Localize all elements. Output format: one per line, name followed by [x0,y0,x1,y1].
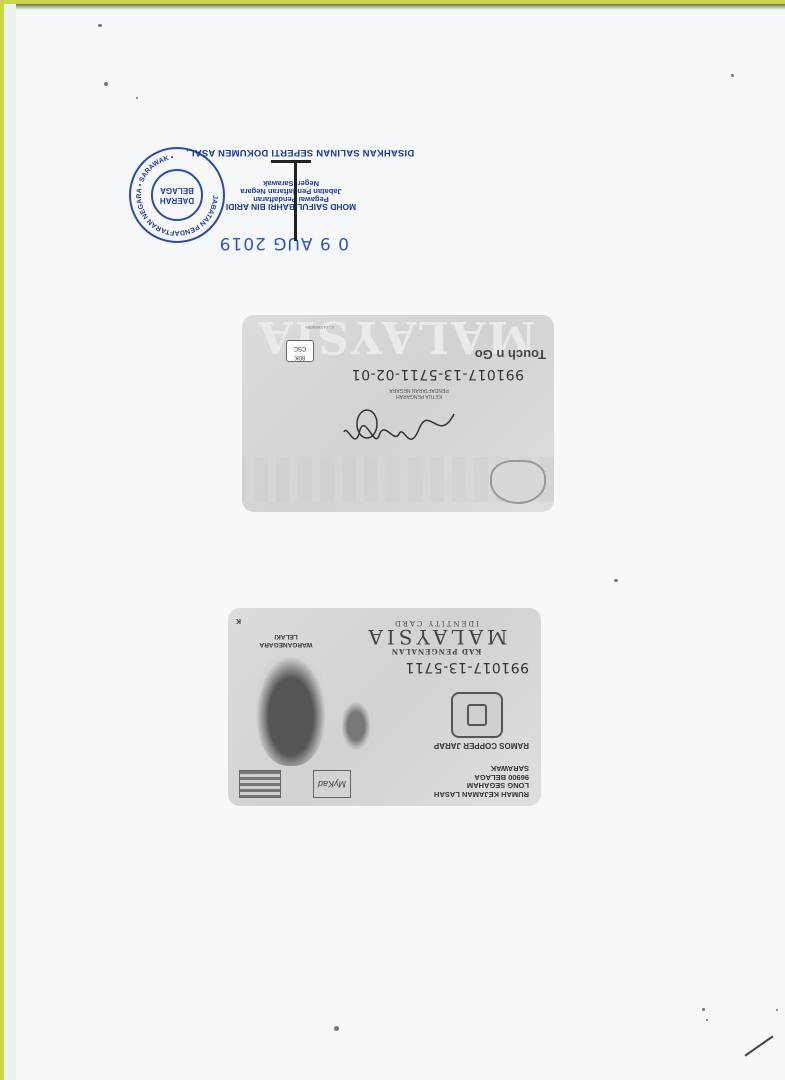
officer-state: Negeri Sarawak [181,179,401,187]
dust-speck [136,97,138,99]
address-line: LONG SEGAHAM [434,781,529,790]
back-id-number: 991017-13-5711-02-01 [351,366,524,382]
dust-speck [731,74,734,77]
certification-stamp: JABATAN PENDAFTARAN NEGARA • SARAWAK • D… [115,118,415,253]
date-stamp: 0 9 AUG 2019 [219,233,349,253]
badge-line: 80K [287,352,313,361]
dust-speck [706,1019,708,1021]
gender: LELAKI [251,632,321,640]
card-title: KAD PENGENALAN MALAYSIA IDENTITY CARD [351,619,521,656]
citizenship-status: WARGANEGARA [251,640,321,648]
dust-speck [702,1008,705,1011]
smart-chip-icon [451,692,503,738]
caption-line: KETUA PENGARAH [344,393,494,399]
badge-line: CSC [287,343,313,352]
malaysia-flag-icon [239,770,281,798]
card-badge: 80K CSC [286,340,314,362]
citizenship-block: WARGANEGARA LELAKI [251,632,321,648]
dust-speck [98,24,102,27]
holder-photo [256,656,326,766]
address-line: 96900 BELAGA [434,773,529,782]
holder-name: RAMOS COPPER JARAP [434,741,529,750]
dust-speck [776,1009,778,1011]
officer-block: MOHD SAIFUL BAHRI BIN ARIDI Pegawai Pend… [181,179,401,211]
dust-speck [614,579,618,582]
coat-of-arms-icon [490,460,546,504]
id-card-back: MALAYSIA KETUA PENGARAH PENDAFTARAN NEGA… [242,315,554,512]
certification-text: DISAHKAN SALINAN SEPERTI DOKUMEN ASAL. [185,147,415,158]
card-mark: K [236,617,241,624]
dust-speck [334,1026,339,1031]
front-id-number: 991017-13-5711 [405,659,529,675]
officer-name: MOHD SAIFUL BAHRI BIN ARIDI [181,203,401,211]
officer-title: Pegawai Pendaftaran [181,195,401,203]
holder-address: RUMAH KEJAMAN LASAH LONG SEGAHAM 96900 B… [434,764,529,798]
mykad-logo: MyKad [313,770,351,798]
handwritten-signature-stroke [294,163,297,241]
card-title-country: MALAYSIA [351,627,521,647]
back-fine-print: IC: 0123456789 [306,325,334,330]
address-line: RUMAH KEJAMAN LASAH [434,790,529,799]
touch-n-go-logo: Touch n Go [475,349,546,360]
caption-line: PENDAFTARAN NEGARA [344,387,494,393]
holder-ghost-photo [341,701,371,751]
signature-caption: KETUA PENGARAH PENDAFTARAN NEGARA [344,387,494,399]
id-card-front: KAD PENGENALAN MALAYSIA IDENTITY CARD 99… [228,608,541,806]
officer-department: Jabatan Pendaftaran Negara [181,187,401,195]
handwritten-signature-stroke [271,160,311,163]
signature-icon [339,402,459,454]
address-line: SARAWAK [434,764,529,773]
dust-speck [104,82,108,86]
